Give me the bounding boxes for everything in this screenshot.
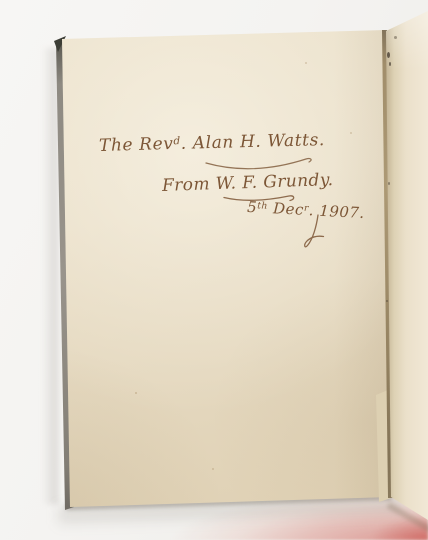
foxing-spot xyxy=(305,62,307,64)
foxing-spot xyxy=(135,392,137,394)
photo-open-book: The Revd. Alan H. Watts. From W. F. Grun… xyxy=(0,0,428,540)
inscription-date-ordinal: th xyxy=(257,200,268,212)
facing-page xyxy=(386,0,428,540)
gutter-speck xyxy=(394,36,397,39)
gutter-speck xyxy=(388,182,390,185)
gutter-speck xyxy=(387,52,390,58)
gutter-speck xyxy=(386,300,388,302)
inscription-date-month: Dec xyxy=(267,199,304,219)
inscription-line-1-text: The Rev xyxy=(99,134,174,156)
pink-reflection-corner xyxy=(356,512,428,540)
inscription-line-1-rest: . Alan H. Watts. xyxy=(181,130,326,154)
book-left-shadow xyxy=(42,48,58,504)
inscription-date-day: 5 xyxy=(247,198,258,217)
inscription-date-year: . 1907. xyxy=(308,201,365,222)
foxing-spot xyxy=(212,468,214,470)
foxing-spot xyxy=(350,132,352,134)
gutter-speck xyxy=(389,62,391,66)
